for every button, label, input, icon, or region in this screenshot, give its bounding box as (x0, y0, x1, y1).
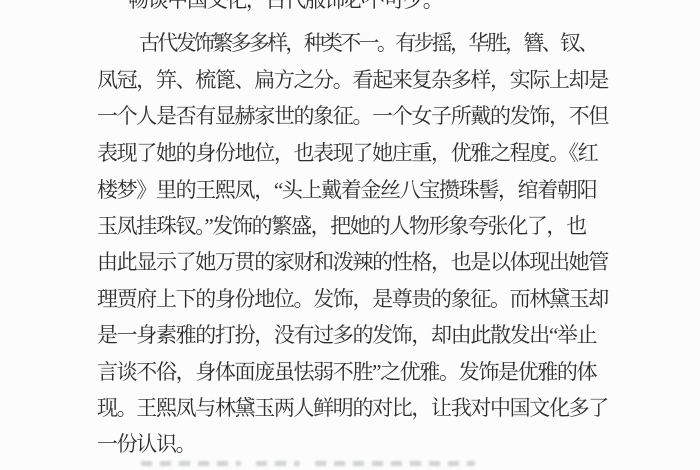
clipped-next-line (141, 461, 475, 467)
text-line-10: 是一身素雅的打扮，没有过多的发饰，却由此散发出“举止 (97, 325, 596, 346)
clipped-text-fragment (256, 461, 300, 466)
essay-text-block: 畅谈中国文化，古代服饰必不可少。 古代发饰繁多多样，种类不一。有步摇，华胜，簪、… (0, 0, 700, 470)
clipped-text-fragment (315, 461, 475, 466)
text-line-7: 玉凤挂珠钗。”发饰的繁盛，把她的人物形象夸张化了，也 (97, 216, 586, 237)
text-line-11: 言谈不俗，身体面庞虽怯弱不胜”之优雅。发饰是优雅的体 (97, 362, 596, 383)
text-line-3: 凤冠，笄、梳篦、扁方之分。看起来复杂多样，实际上却是 (97, 70, 608, 91)
text-line-5: 表现了她的身份地位，也表现了她庄重，优雅之程度。《红 (97, 143, 597, 164)
text-line-8: 由此显示了她万贯的家财和泼辣的性格，也是以体现出她管 (97, 252, 608, 273)
text-line-1: 畅谈中国文化，古代服饰必不可少。 (128, 0, 442, 11)
scanned-document-page: 畅谈中国文化，古代服饰必不可少。 古代发饰繁多多样，种类不一。有步摇，华胜，簪、… (0, 0, 700, 470)
text-line-13: 一份认识。 (97, 434, 195, 455)
clipped-text-fragment (141, 461, 241, 466)
text-line-9: 理贾府上下的身份地位。发饰，是尊贵的象征。而林黛玉却 (97, 289, 608, 310)
text-line-12: 现。王熙凤与林黛玉两人鲜明的对比，让我对中国文化多了 (97, 398, 608, 419)
text-line-2: 古代发饰繁多多样，种类不一。有步摇，华胜，簪、钗、 (139, 33, 597, 54)
text-line-4: 一个人是否有显赫家世的象征。一个女子所戴的发饰，不但 (97, 106, 608, 127)
text-line-6: 楼梦》里的王熙凤，“头上戴着金丝八宝攒珠髻，绾着朝阳 (97, 180, 596, 201)
